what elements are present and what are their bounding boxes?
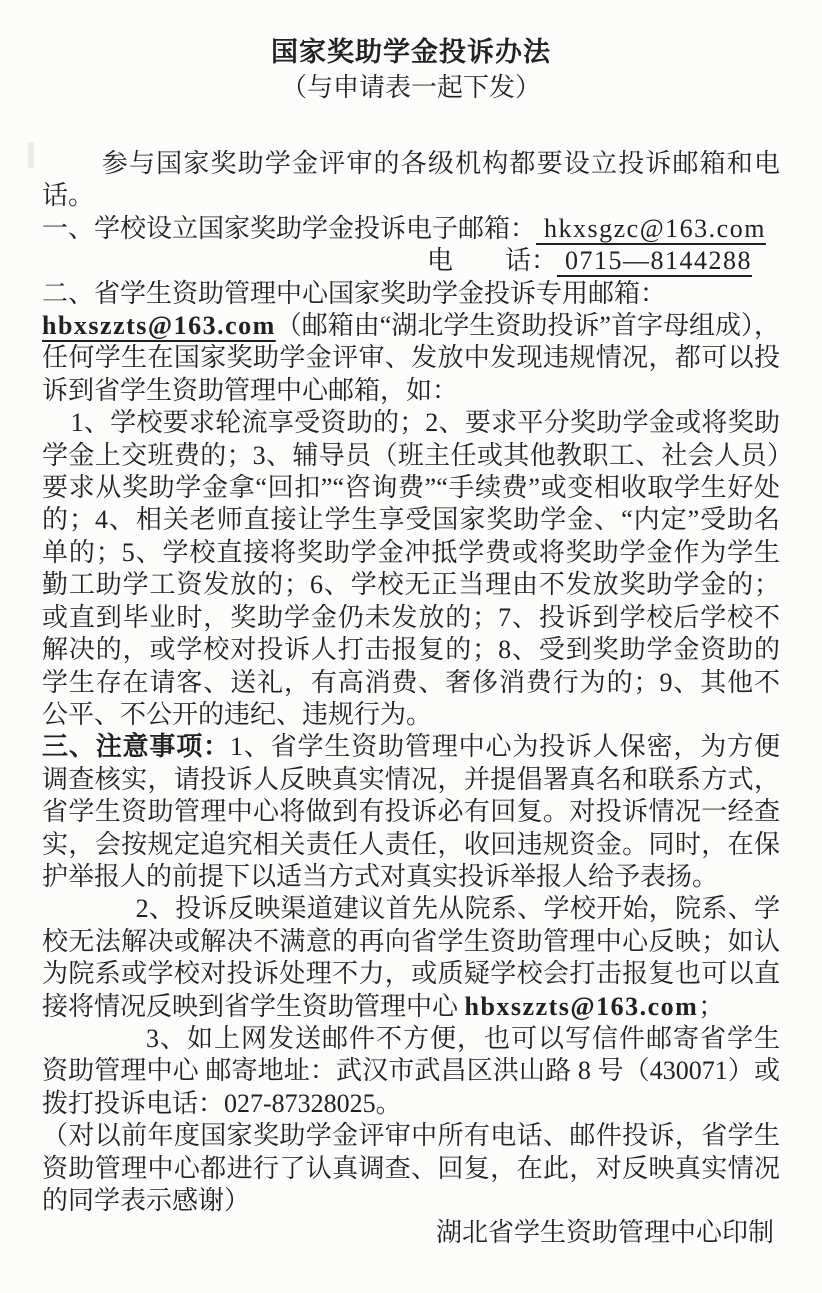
text-run: ； — [698, 992, 724, 1021]
page-subtitle: （与申请表一起下发） — [42, 70, 780, 106]
paragraph-violations: 1、学校要求轮流享受资助的；2、要求平分奖助学金或将奖助学金上交班费的；3、辅导… — [42, 407, 780, 731]
province-email-repeat: hbxszzts@163.com — [465, 992, 699, 1021]
document-page: 国家奖助学金投诉办法 （与申请表一起下发） 参与国家奖助学金评审的各级机构都要设… — [0, 0, 822, 1293]
text-run: 电 话： — [427, 246, 557, 275]
issuer-line: 湖北省学生资助管理中心印制 — [42, 1217, 780, 1249]
text-run: （对以前年度国家奖助学金评审中所有电话、邮件投诉，省学生资助管理中心都进行了认真… — [42, 1121, 780, 1215]
text-run: 1、学校要求轮流享受资助的；2、要求平分奖助学金或将奖助学金上交班费的；3、辅导… — [42, 408, 780, 729]
paragraph-closing-remark: （对以前年度国家奖助学金评审中所有电话、邮件投诉，省学生资助管理中心都进行了认真… — [42, 1120, 780, 1217]
paragraph-province-email-note: hbxszzts@163.com（邮箱由“湖北学生资助投诉”首字母组成），任何学… — [42, 310, 780, 407]
paragraph-notes-1: 三、注意事项：1、省学生资助管理中心为投诉人保密，为方便调查核实，请投诉人反映真… — [42, 731, 780, 893]
school-email: hkxsgzc@163.com — [536, 214, 766, 243]
school-phone-number: 0715—8144288 — [557, 246, 752, 275]
document-body: 参与国家奖助学金评审的各级机构都要设立投诉邮箱和电话。一、学校设立国家奖助学金投… — [42, 148, 780, 1217]
province-email: hbxszzts@163.com — [42, 311, 276, 340]
paragraph-item-two-province-mailbox: 二、省学生资助管理中心国家奖助学金投诉专用邮箱： — [42, 278, 780, 310]
text-run: 3、如上网发送邮件不方便，也可以写信件邮寄省学生资助管理中心 邮寄地址：武汉市武… — [42, 1024, 780, 1118]
text-run: 二、省学生资助管理中心国家奖助学金投诉专用邮箱： — [42, 279, 666, 308]
paragraph-intro: 参与国家奖助学金评审的各级机构都要设立投诉邮箱和电话。 — [42, 148, 780, 213]
page-title: 国家奖助学金投诉办法 — [42, 34, 780, 70]
text-run: 一、学校设立国家奖助学金投诉电子邮箱： — [42, 214, 536, 243]
paragraph-school-phone: 电 话： 0715—8144288 — [42, 245, 780, 277]
scan-artifact — [28, 142, 34, 168]
paragraph-notes-3: 3、如上网发送邮件不方便，也可以写信件邮寄省学生资助管理中心 邮寄地址：武汉市武… — [42, 1023, 780, 1120]
notes-heading: 三、注意事项： — [42, 732, 230, 761]
paragraph-item-one-school-email: 一、学校设立国家奖助学金投诉电子邮箱： hkxsgzc@163.com — [42, 213, 780, 245]
text-run: 参与国家奖助学金评审的各级机构都要设立投诉邮箱和电话。 — [42, 149, 780, 210]
paragraph-notes-2: 2、投诉反映渠道建议首先从院系、学校开始，院系、学校无法解决或解决不满意的再向省… — [42, 893, 780, 1023]
